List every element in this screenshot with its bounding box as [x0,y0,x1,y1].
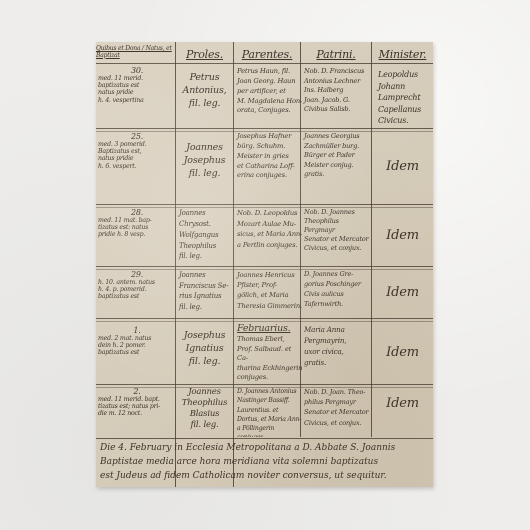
parentes-line: a Pöllingerin conjuges. [237,424,303,437]
row-patrini: Joannes Georgius Zachmüller burg. Bürger… [301,132,374,202]
parentes-line: Nob. D. Leopoldus [237,208,303,219]
patrini-line: gratis. [304,170,374,180]
date-line: natus pridie [98,155,176,162]
patrini-line: Zachmüller burg. [304,142,374,152]
parentes-line: Pfister, Prof- [237,280,303,290]
row-proles: Joannes Josephus fil. leg. [176,142,233,202]
minister-line: Johann [378,81,433,93]
proles-line: fil. leg. [179,302,236,313]
month-heading: Februarius. [237,322,303,335]
parentes-line: erina conjuges. [237,171,303,181]
patrini-line: Ins. Halberg [304,86,374,96]
entry-number: 29. [98,270,176,279]
entry-number: 1. [98,326,176,335]
row-minister: Idem [372,208,433,264]
proles-line: Franciscus Se- [179,281,236,292]
patrini-line: Tafernwirth. [304,300,374,310]
date-line: natus pridie [98,89,176,96]
date-line: Baptizatus est, [98,148,176,155]
row-proles: Josephus Ignatius fil. leg. [176,330,233,382]
footer-line: Baptistae media arce hora meridiana vita… [100,456,429,470]
patrini-line: Nob. D. Franciscus [304,67,374,77]
parentes-line: Thomas Eberl, [237,335,303,345]
entry-number: 30. [98,66,176,75]
minister-line: Leopoldus [378,69,433,81]
header-parentes-label: Parentes. [242,49,293,62]
proles-line: Ignatius [176,343,233,356]
footer-line: Die 4. February in Ecclesia Metropolitan… [100,442,429,456]
row-patrini: D. Joannes Gre- gorius Poschinger Civis … [301,270,374,316]
row-proles: Joannes Theophilus Blasius fil. leg. [176,387,233,437]
patrini-line: gorius Poschinger [304,280,374,290]
parentes-line: Petrus Haun, fil. [237,67,303,77]
parentes-line: Dortus, et Maria Ann- [237,415,303,424]
parentes-line: D. Joannes Antonius [237,387,303,396]
patrini-line: D. Joannes Gre- [304,270,374,280]
parentes-line: gölich, et Maria [237,290,303,300]
proles-line: fil. leg. [176,98,233,111]
proles-line: Theophilus [179,241,236,252]
row-patrini: Nob. D. Joannes Theophilus Pergmayr Sena… [301,208,374,264]
entry-number: 2. [98,387,176,396]
row-date: 28. med. 11 mat. bap- tizatus est: natus… [96,208,176,264]
parentes-line: Nastinger Bassiff. [237,396,303,405]
row-parentes: Februarius. Thomas Eberl, Prof. Salbaud.… [234,322,303,382]
parentes-line: a Pertlin conjuges. [237,240,303,251]
parentes-line: Joan Georg. Haun [237,77,303,87]
date-line: h. 10. antem. natus [98,279,176,286]
parentes-line: Josephus Hafner [237,132,303,142]
patrini-line: Maria Anna [304,324,374,335]
parentes-line: Prof. Salbaud. et Ca- [237,345,303,364]
date-line: dein h. 2 pomer. [98,342,176,349]
patrini-line: gratis. [304,357,374,368]
row-divider [96,204,433,205]
header-parentes: Parentes. [234,46,300,64]
date-line: baptizatus est [98,349,176,356]
proles-line: Petrus [176,72,233,85]
parentes-line: sicus, et Maria Ann- [237,229,303,240]
row-proles: Joannes Chrysost. Wolfgangus Theophilus … [176,208,236,264]
patrini-line: philus Pergmayr [304,397,374,407]
parentes-line: Theresia Gimmerin. [237,301,303,311]
row-parentes: Josephus Hafner bürg. Schuhm. Meister in… [234,132,303,202]
row-patrini: Nob. D. Franciscus Antonius Lechner Ins.… [301,67,374,128]
row-proles: Petrus Antonius, fil. leg. [176,72,233,128]
date-line: h. 4. p. pomerid. [98,286,176,293]
patrini-line: Civicus, et conjux. [304,244,374,253]
proles-line: fil. leg. [176,420,233,431]
header-patrini: Patrini. [301,46,371,64]
patrini-line: Bürger et Pader [304,151,374,161]
row-parentes: Petrus Haun, fil. Joan Georg. Haun per a… [234,67,303,128]
row-date: 29. h. 10. antem. natus h. 4. p. pomerid… [96,270,176,316]
date-line: med. 3 pomerid. [98,141,176,148]
parentes-line: Meister in gries [237,152,303,162]
row-minister: Idem [372,270,433,316]
row-minister: Idem [372,384,433,424]
row-patrini: Nob. D. Joan. Theo- philus Pergmayr Sena… [301,387,374,437]
minister-line: Capellanus [378,104,433,116]
parentes-line: tharina Eckhingerin [237,364,303,374]
row-parentes: Joannes Henricus Pfister, Prof- gölich, … [234,270,303,316]
date-line: die m. 12 noct. [98,410,176,417]
proles-line: fil. leg. [179,251,236,262]
footer-line: est Judeus ad fidem Catholicam noviter c… [100,470,429,484]
patrini-line: uxor civica, [304,346,374,357]
date-line: baptizatus est [98,293,176,300]
proles-line: Blasius [176,409,233,420]
header-proles: Proles. [176,46,233,64]
header-proles-label: Proles. [186,49,223,62]
proles-line: fil. leg. [176,356,233,369]
proles-line: Joannes Chrysost. [179,208,236,230]
row-divider [96,438,433,439]
proles-line: Josephus [176,155,233,168]
date-line: tizatus est: natus [98,224,176,231]
parentes-line: orata, Conjuges. [237,106,303,116]
date-line: baptizatus est [98,82,176,89]
patrini-line: Civicus, et conjux. [304,418,374,428]
parentes-line: Joannes Henricus [237,270,303,280]
patrini-line: Joan. Jacob. G. [304,96,374,106]
minister-line: Civicus. [378,115,433,127]
row-date: 25. med. 3 pomerid. Baptizatus est, natu… [96,132,176,202]
header-minister-label: Minister. [379,49,427,62]
patrini-line: Joannes Georgius [304,132,374,142]
date-line: tizatus est; natus pri- [98,403,176,410]
patrini-line: Civibus Salisb. [304,105,374,115]
row-minister: Leopoldus Johann Lamprecht Capellanus Ci… [372,69,433,128]
patrini-line: Antonius Lechner [304,77,374,87]
minister-idem: Idem [386,395,419,413]
parentes-line: Laurentius. et [237,406,303,415]
row-divider [96,318,433,319]
entry-number: 28. [98,208,176,217]
row-minister: Idem [372,324,433,382]
parentes-line: per artificer, et [237,87,303,97]
date-line: med. 11 merid. bapt. [98,396,176,403]
proles-line: Joannes [176,142,233,155]
patrini-line: Theophilus [304,217,374,226]
row-parentes: Nob. D. Leopoldus Mozart Aulae Mu- sicus… [234,208,303,264]
header-date: Quibus et Dona / Natus, et Baptizat [96,42,175,63]
date-line: h. 4. vespertina [98,97,176,104]
header-minister: Minister. [372,46,433,64]
parentes-line: Mozart Aulae Mu- [237,219,303,230]
date-line: pridie h. 8 vesp. [98,231,176,238]
minister-idem: Idem [386,284,419,302]
proles-line: Josephus [176,330,233,343]
row-divider [96,266,433,267]
parentes-line: M. Magdalena Hon- [237,97,303,107]
parentes-line: et Catharina Loff- [237,162,303,172]
patrini-line: Nob. D. Joannes [304,208,374,217]
row-parentes: D. Joannes Antonius Nastinger Bassiff. L… [234,387,303,437]
header-date-label: Quibus et Dona / Natus, et Baptizat [96,46,175,59]
proles-line: Antonius, [176,85,233,98]
minister-idem: Idem [386,344,419,362]
patrini-line: Nob. D. Joan. Theo- [304,387,374,397]
row-minister: Idem [372,132,433,202]
patrini-line: Senator et Mercator [304,407,374,417]
row-divider [96,128,433,129]
minister-line: Lamprecht [378,92,433,104]
parentes-line: bürg. Schuhm. [237,142,303,152]
proles-line: Joannes [176,387,233,398]
proles-line: Joannes [179,270,236,281]
minister-idem: Idem [386,158,419,176]
row-proles: Joannes Franciscus Se- rius Ignatius fil… [176,270,236,316]
entry-number: 25. [98,132,176,141]
patrini-line: Pergmayr [304,226,374,235]
proles-line: rius Ignatius [179,291,236,302]
header-patrini-label: Patrini. [316,49,355,62]
date-line: h. 6. vespert. [98,163,176,170]
date-line: med. 2 mat. natus [98,335,176,342]
proles-line: Wolfgangus [179,230,236,241]
parentes-line: conjuges. [237,373,303,382]
proles-line: Theophilus [176,398,233,409]
register-page: Quibus et Dona / Natus, et Baptizat Prol… [96,42,433,487]
row-date: 30. med. 11 merid. baptizatus est natus … [96,66,176,128]
patrini-line: Meister conjug. [304,161,374,171]
row-date: 2. med. 11 merid. bapt. tizatus est; nat… [96,387,176,437]
row-date: 1. med. 2 mat. natus dein h. 2 pomer. ba… [96,326,176,382]
date-line: med. 11 merid. [98,75,176,82]
patrini-line: Civis aulicus [304,290,374,300]
date-line: med. 11 mat. bap- [98,217,176,224]
footer-entry-text: Die 4. February in Ecclesia Metropolitan… [100,442,429,484]
proles-line: fil. leg. [176,168,233,181]
minister-idem: Idem [386,227,419,245]
patrini-line: Pergmayrin, [304,335,374,346]
patrini-line: Senator et Mercator [304,235,374,244]
row-patrini: Maria Anna Pergmayrin, uxor civica, grat… [301,324,374,382]
